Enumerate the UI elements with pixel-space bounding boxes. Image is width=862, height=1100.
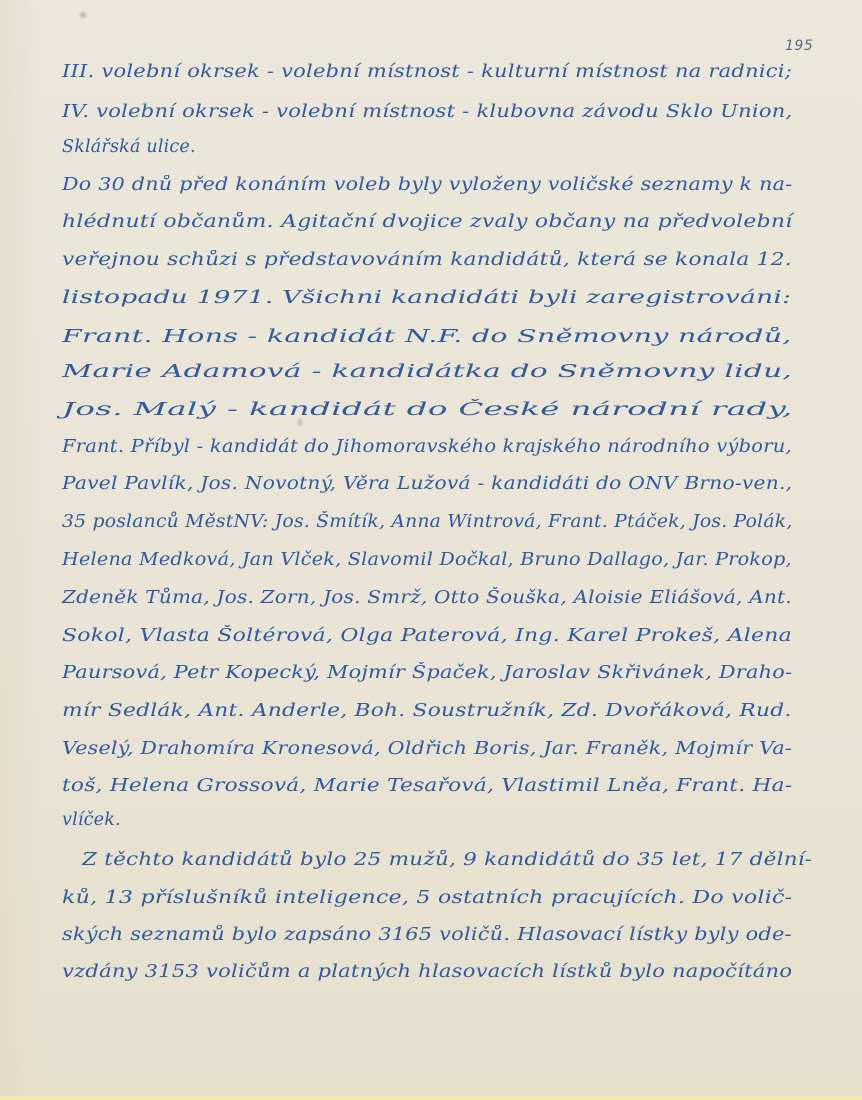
text-line: vzdány 3153 voličům a platných hlasovací… — [62, 962, 792, 982]
text-line: ských seznamů bylo zapsáno 3165 voličů. … — [62, 925, 792, 945]
text-line: Veselý, Drahomíra Kronesová, Oldřich Bor… — [62, 739, 792, 759]
text-line: Pavel Pavlík, Jos. Novotný, Věra Lužová … — [62, 474, 792, 494]
text-line: veřejnou schůzi s představováním kandidá… — [62, 250, 792, 270]
text-line: toš, Helena Grossová, Marie Tesařová, Vl… — [62, 776, 792, 796]
page-edge — [0, 1096, 862, 1100]
text-line: Frant. Hons - kandidát N.F. do Sněmovny … — [62, 327, 792, 347]
paper-stain — [80, 12, 86, 18]
text-line: Zdeněk Tůma, Jos. Zorn, Jos. Smrž, Otto … — [62, 588, 792, 608]
text-line: Jos. Malý - kandidát do České národní ra… — [62, 400, 793, 420]
text-line: ků, 13 příslušníků inteligence, 5 ostatn… — [62, 888, 792, 908]
text-line: Marie Adamová - kandidátka do Sněmovny l… — [62, 362, 792, 382]
text-line: Frant. Příbyl - kandidát do Jihomoravské… — [62, 437, 792, 457]
text-line: III. volební okrsek - volební místnost -… — [62, 62, 792, 82]
text-line: IV. volební okrsek - volební místnost - … — [62, 102, 792, 122]
handwritten-page: 195 III. volební okrsek - volební místno… — [0, 0, 862, 1100]
text-line: hlédnutí občanům. Agitační dvojice zvaly… — [62, 212, 793, 232]
text-line: 35 poslanců MěstNV: Jos. Šmítík, Anna Wi… — [62, 512, 793, 532]
text-line: Z těchto kandidátů bylo 25 mužů, 9 kandi… — [82, 850, 812, 870]
text-line: Helena Medková, Jan Vlček, Slavomil Dočk… — [62, 550, 792, 570]
text-line: Do 30 dnů před konáním voleb byly vylože… — [62, 175, 792, 195]
text-line: Sokol, Vlasta Šoltérová, Olga Paterová, … — [62, 626, 792, 646]
text-line: Sklářská ulice. — [62, 137, 196, 157]
text-line: mír Sedlák, Ant. Anderle, Boh. Soustružn… — [62, 701, 792, 721]
text-line: vlíček. — [62, 810, 121, 830]
text-line: Paursová, Petr Kopecký, Mojmír Špaček, J… — [62, 663, 792, 683]
text-line: listopadu 1971. Všichni kandidáti byli z… — [62, 288, 791, 308]
page-number: 195 — [785, 38, 813, 54]
